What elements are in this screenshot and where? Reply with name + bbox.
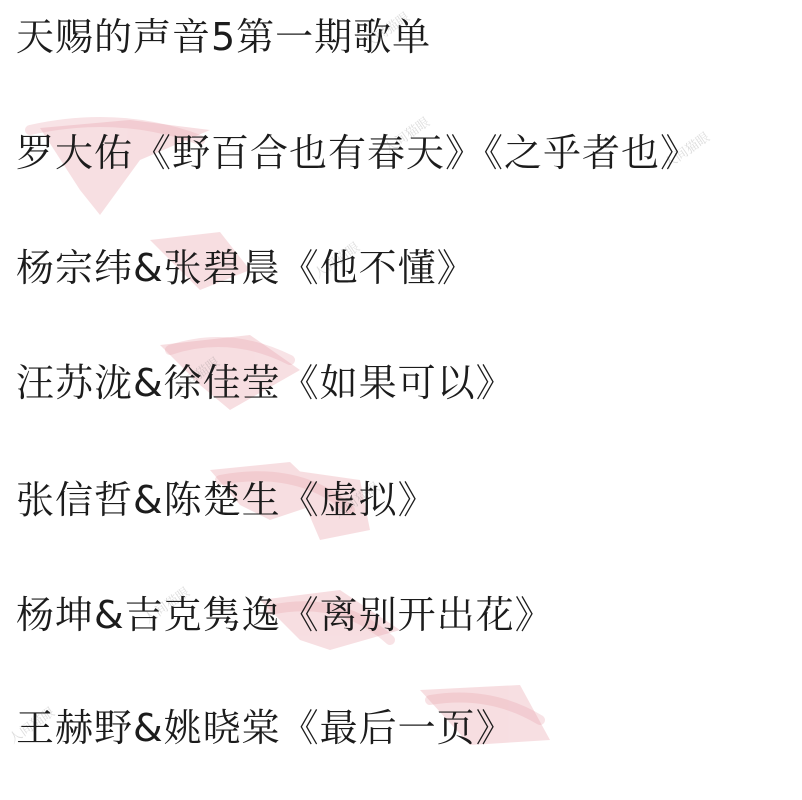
song-line-5: 杨坤&吉克隽逸《离别开出花》	[16, 592, 554, 638]
song-line-2: 杨宗纬&张碧晨《他不懂》	[16, 245, 476, 291]
song-line-6: 王赫野&姚晓棠《最后一页》	[16, 705, 515, 751]
song-line-1: 罗大佑《野百合也有春天》《之乎者也》	[16, 130, 699, 176]
song-line-4: 张信哲&陈楚生《虚拟》	[16, 477, 437, 523]
page-title: 天赐的声音5第一期歌单	[16, 14, 431, 60]
song-line-3: 汪苏泷&徐佳莹《如果可以》	[16, 360, 515, 406]
